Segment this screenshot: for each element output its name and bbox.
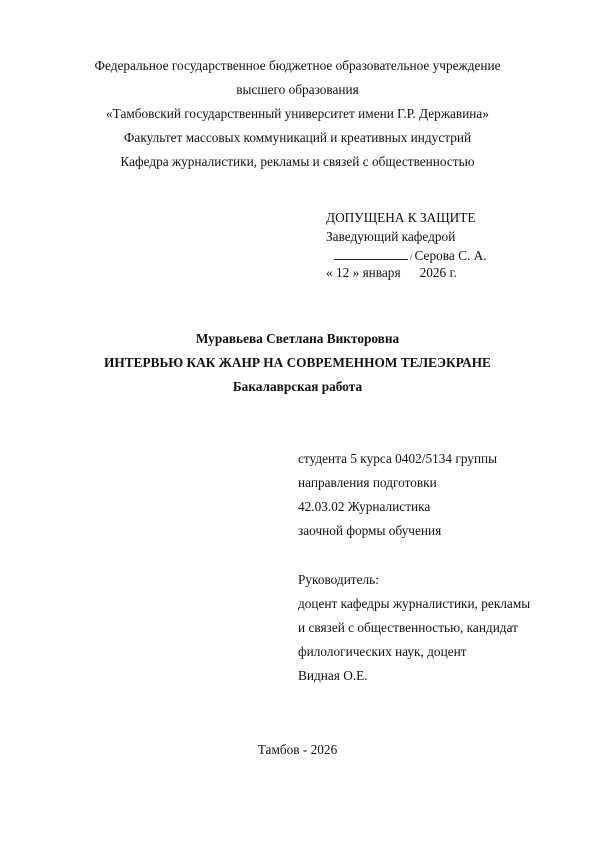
author-name: Муравьева Светлана Викторовна xyxy=(0,331,595,347)
supervisor-line: филологических наук, доцент xyxy=(298,644,467,660)
header-line-education-level: высшего образования xyxy=(0,82,595,98)
work-type: Бакалаврская работа xyxy=(0,379,595,395)
student-info-line: направления подготовки xyxy=(298,475,437,491)
student-info-line: заочной формы обучения xyxy=(298,523,441,539)
approval-title: ДОПУЩЕНА К ЗАЩИТЕ xyxy=(326,210,475,226)
header-line-university: «Тамбовский государственный университет … xyxy=(0,106,595,122)
signature-slash: / xyxy=(410,252,413,262)
approval-position: Заведующий кафедрой xyxy=(326,229,455,245)
approval-date-row: « 12 » января2026 г. xyxy=(326,265,457,281)
approval-head-name: Серова С. А. xyxy=(415,248,487,263)
city-year: Тамбов - 2026 xyxy=(0,742,595,758)
approval-signature-row: /Серова С. А. xyxy=(326,248,487,265)
header-line-department: Кафедра журналистики, рекламы и связей с… xyxy=(0,154,595,170)
supervisor-name: Видная О.Е. xyxy=(298,668,368,684)
approval-date-day: « 12 » января xyxy=(326,265,401,280)
header-line-faculty: Факультет массовых коммуникаций и креати… xyxy=(0,130,595,146)
student-info-line: 42.03.02 Журналистика xyxy=(298,499,430,515)
header-line-ministry: Федеральное государственное бюджетное об… xyxy=(0,58,595,74)
approval-date-year: 2026 г. xyxy=(420,265,457,280)
student-info-line: студента 5 курса 0402/5134 группы xyxy=(298,451,497,467)
work-title: ИНТЕРВЬЮ КАК ЖАНР НА СОВРЕМЕННОМ ТЕЛЕЭКР… xyxy=(0,355,595,371)
supervisor-line: доцент кафедры журналистики, рекламы xyxy=(298,596,530,612)
signature-line xyxy=(334,248,408,260)
supervisor-line: и связей с общественностью, кандидат xyxy=(298,620,518,636)
supervisor-label: Руководитель: xyxy=(298,572,379,588)
